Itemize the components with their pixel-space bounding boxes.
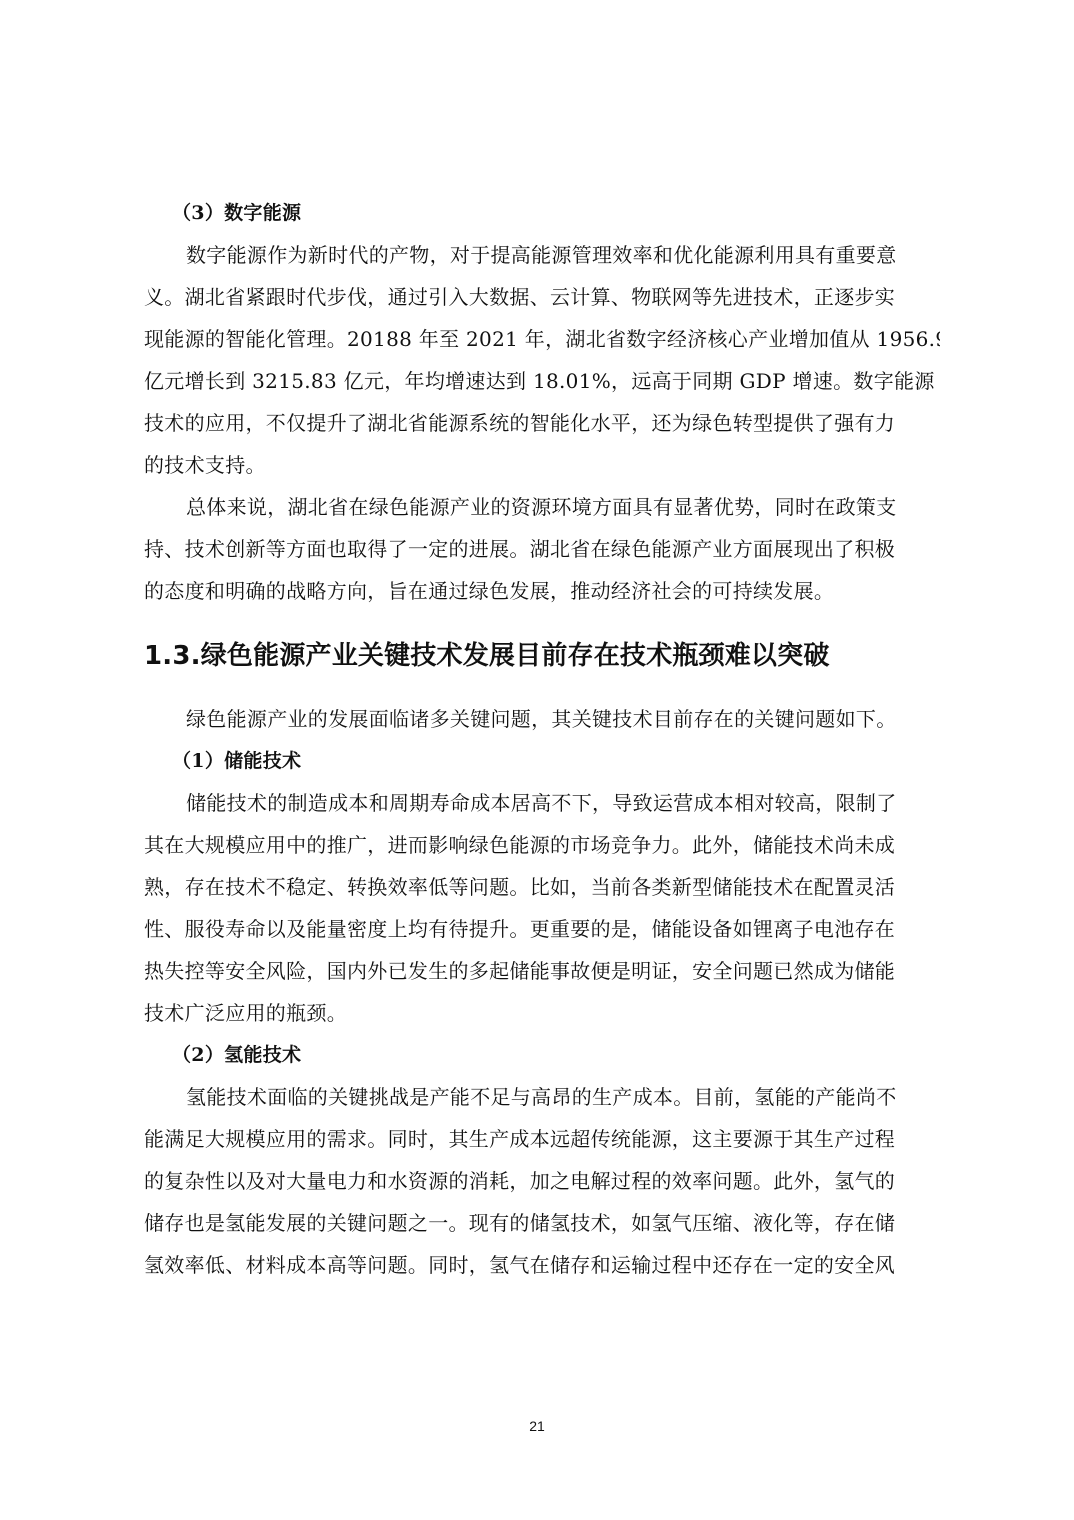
text-line: 亿元增长到 3215.83 亿元，年均增速达到 18.01%，远高于同期 GDP…: [144, 360, 940, 402]
section-heading-1-3: 1.3.绿色能源产业关键技术发展目前存在技术瓶颈难以突破: [144, 626, 940, 686]
page-content: （3）数字能源 数字能源作为新时代的产物，对于提高能源管理效率和优化能源利用具有…: [144, 192, 940, 1286]
text-line: 总体来说，湖北省在绿色能源产业的资源环境方面具有显著优势，同时在政策支: [144, 486, 940, 528]
subheading-digital-energy: （3）数字能源: [144, 192, 940, 234]
text-line: 其在大规模应用中的推广，进而影响绿色能源的市场竞争力。此外，储能技术尚未成: [144, 824, 940, 866]
subheading-storage-tech: （1）储能技术: [144, 740, 940, 782]
text-line: 的复杂性以及对大量电力和水资源的消耗，加之电解过程的效率问题。此外，氢气的: [144, 1160, 940, 1202]
paragraph-summary: 总体来说，湖北省在绿色能源产业的资源环境方面具有显著优势，同时在政策支 持、技术…: [144, 486, 940, 612]
text-line: 现能源的智能化管理。20188 年至 2021 年，湖北省数字经济核心产业增加值…: [144, 318, 940, 360]
text-line: 熟，存在技术不稳定、转换效率低等问题。比如，当前各类新型储能技术在配置灵活: [144, 866, 940, 908]
text-line: 储存也是氢能发展的关键问题之一。现有的储氢技术，如氢气压缩、液化等，存在储: [144, 1202, 940, 1244]
text-line: 氢效率低、材料成本高等问题。同时，氢气在储存和运输过程中还存在一定的安全风: [144, 1244, 940, 1286]
page-number: 21: [0, 1418, 1074, 1434]
text-line: 持、技术创新等方面也取得了一定的进展。湖北省在绿色能源产业方面展现出了积极: [144, 528, 940, 570]
text-line: 的态度和明确的战略方向，旨在通过绿色发展，推动经济社会的可持续发展。: [144, 570, 940, 612]
text-line: 的技术支持。: [144, 444, 940, 486]
text-line: 技术的应用，不仅提升了湖北省能源系统的智能化水平，还为绿色转型提供了强有力: [144, 402, 940, 444]
subheading-hydrogen-tech: （2）氢能技术: [144, 1034, 940, 1076]
text-line: 性、服役寿命以及能量密度上均有待提升。更重要的是，储能设备如锂离子电池存在: [144, 908, 940, 950]
paragraph-digital-energy: 数字能源作为新时代的产物，对于提高能源管理效率和优化能源利用具有重要意 义。湖北…: [144, 234, 940, 486]
paragraph-storage-tech: 储能技术的制造成本和周期寿命成本居高不下，导致运营成本相对较高，限制了 其在大规…: [144, 782, 940, 1034]
paragraph-hydrogen-tech: 氢能技术面临的关键挑战是产能不足与高昂的生产成本。目前，氢能的产能尚不 能满足大…: [144, 1076, 940, 1286]
document-page: （3）数字能源 数字能源作为新时代的产物，对于提高能源管理效率和优化能源利用具有…: [0, 0, 1074, 1520]
text-line: 能满足大规模应用的需求。同时，其生产成本远超传统能源，这主要源于其生产过程: [144, 1118, 940, 1160]
text-line: 技术广泛应用的瓶颈。: [144, 992, 940, 1034]
text-line: 热失控等安全风险，国内外已发生的多起储能事故便是明证，安全问题已然成为储能: [144, 950, 940, 992]
text-line: 数字能源作为新时代的产物，对于提高能源管理效率和优化能源利用具有重要意: [144, 234, 940, 276]
text-line: 义。湖北省紧跟时代步伐，通过引入大数据、云计算、物联网等先进技术，正逐步实: [144, 276, 940, 318]
text-line: 氢能技术面临的关键挑战是产能不足与高昂的生产成本。目前，氢能的产能尚不: [144, 1076, 940, 1118]
text-line: 储能技术的制造成本和周期寿命成本居高不下，导致运营成本相对较高，限制了: [144, 782, 940, 824]
paragraph-intro: 绿色能源产业的发展面临诸多关键问题，其关键技术目前存在的关键问题如下。: [144, 698, 940, 740]
